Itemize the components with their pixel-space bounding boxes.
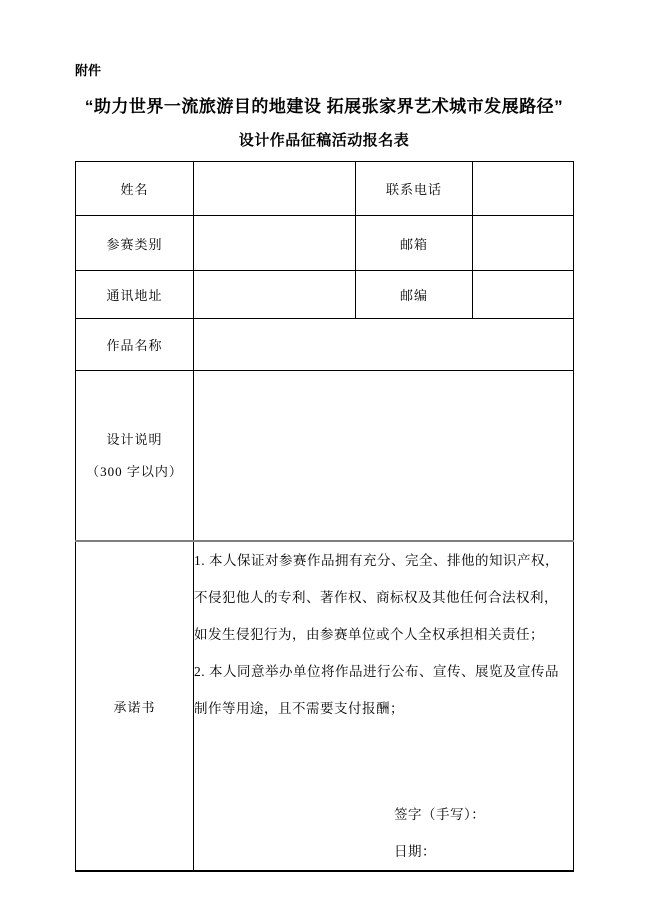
phone-value-cell	[473, 162, 574, 216]
email-label-cell: 邮箱	[356, 216, 473, 271]
postcode-label-cell: 邮编	[356, 271, 473, 319]
postcode-value-cell	[473, 271, 574, 319]
commitment-text-line: 不侵犯他人的专利、著作权、商标权及其他任何合法权利，	[194, 579, 573, 616]
commitment-text-line: 制作等用途，且不需要支付报酬；	[194, 690, 573, 727]
category-label-cell: 参赛类别	[76, 216, 194, 271]
design-description-label-stack: 设计说明 （300 字以内）	[76, 424, 193, 488]
table-row-design-description: 设计说明 （300 字以内）	[76, 371, 574, 542]
table-row-commitment: 承诺书 1. 本人保证对参赛作品拥有充分、完全、排他的知识产权， 不侵犯他人的专…	[76, 541, 574, 871]
attachment-label: 附件	[75, 60, 101, 79]
document-title: “助力世界一流旅游目的地建设 拓展张家界艺术城市发展路径”	[0, 92, 648, 117]
category-value-cell	[194, 216, 356, 271]
signature-block: 签字（手写）： 日期：	[394, 796, 573, 870]
commitment-text-line: 如发生侵犯行为，由参赛单位或个人全权承担相关责任；	[194, 616, 573, 653]
work-title-label-cell: 作品名称	[76, 319, 194, 371]
table-row-category-email: 参赛类别 邮箱	[76, 216, 574, 271]
table-row-work-title: 作品名称	[76, 319, 574, 371]
registration-form-table: 姓名 联系电话 参赛类别 邮箱 通讯地址 邮编 作品名称 设计说明 （	[75, 161, 574, 872]
name-label-cell: 姓名	[76, 162, 194, 216]
commitment-text-line: 2. 本人同意举办单位将作品进行公布、宣传、展览及宣传品	[194, 653, 573, 690]
commitment-text-line: 1. 本人保证对参赛作品拥有充分、完全、排他的知识产权，	[194, 542, 573, 579]
name-value-cell	[194, 162, 356, 216]
email-value-cell	[473, 216, 574, 271]
design-description-label-cell: 设计说明 （300 字以内）	[76, 371, 194, 542]
design-description-value-cell	[194, 371, 574, 542]
address-value-cell	[194, 271, 356, 319]
design-description-limit-note: （300 字以内）	[76, 456, 193, 488]
phone-label-cell: 联系电话	[356, 162, 473, 216]
table-row-name-phone: 姓名 联系电话	[76, 162, 574, 216]
commitment-content-cell: 1. 本人保证对参赛作品拥有充分、完全、排他的知识产权， 不侵犯他人的专利、著作…	[194, 541, 574, 871]
signature-label: 签字（手写）：	[394, 796, 573, 833]
table-row-address-postcode: 通讯地址 邮编	[76, 271, 574, 319]
document-page: 附件 “助力世界一流旅游目的地建设 拓展张家界艺术城市发展路径” 设计作品征稿活…	[0, 0, 648, 914]
design-description-label: 设计说明	[76, 424, 193, 456]
address-label-cell: 通讯地址	[76, 271, 194, 319]
work-title-value-cell	[194, 319, 574, 371]
commitment-label-cell: 承诺书	[76, 541, 194, 871]
date-label: 日期：	[394, 833, 573, 870]
document-subtitle: 设计作品征稿活动报名表	[0, 129, 648, 150]
